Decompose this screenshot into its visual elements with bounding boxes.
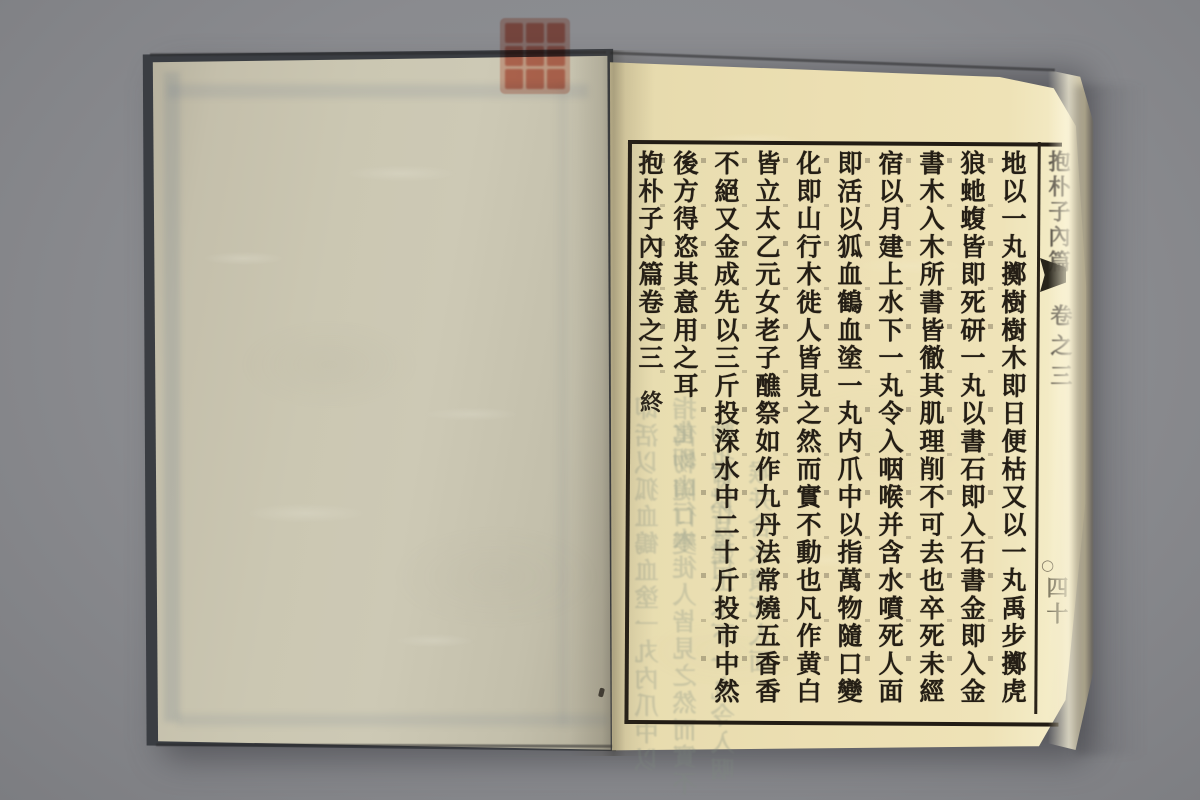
gutter-shadow bbox=[570, 50, 654, 756]
show-through-line bbox=[164, 72, 180, 722]
show-through-line bbox=[178, 714, 608, 726]
show-through-line bbox=[558, 86, 568, 726]
seal-glyph-block bbox=[505, 69, 523, 89]
text-column: 地以一丸擲樹樹木即日便枯又以一丸禹步擲虎 bbox=[992, 150, 1032, 706]
seal-glyph-block bbox=[547, 69, 565, 89]
text-column: 即活以狐血鶴血塗一丸内爪中以指萬物隨口變 bbox=[828, 150, 868, 706]
seal-glyph-block bbox=[526, 23, 544, 43]
paper-texture bbox=[138, 46, 616, 754]
text-column: 狼虵蝮皆即死研一丸以書石即入石書金即入金 bbox=[951, 150, 991, 706]
seal-glyph-block bbox=[526, 46, 544, 66]
left-blank-page bbox=[138, 46, 616, 754]
library-seal-watermark bbox=[500, 18, 570, 94]
seal-glyph-block bbox=[505, 46, 523, 66]
text-column: 宿以月建上水下一丸令入咽喉并含水噴死人面 bbox=[869, 150, 909, 706]
photo-stage: 即活以狐血鶴血塗一丸内爪中以指萬物隨口變 化即山行木徙人皆見之然而實不動也凡作黄… bbox=[0, 0, 1200, 800]
text-column: 後方得恣其意用之耳 bbox=[664, 150, 704, 400]
text-column: 皆立太乙元女老子醮祭如作九丹法常燒五香香 bbox=[746, 150, 786, 706]
seal-glyph-block bbox=[547, 46, 565, 66]
seal-glyph-block bbox=[547, 23, 565, 43]
text-column: 化即山行木徙人皆見之然而實不動也凡作黄白 bbox=[787, 150, 827, 706]
seal-glyph-block bbox=[505, 23, 523, 43]
text-column: 書木入木所書皆徹其肌理削不可去也卒死未經 bbox=[910, 150, 950, 706]
page-edge-shadow bbox=[1075, 85, 1145, 755]
seal-glyph-block bbox=[526, 69, 544, 89]
text-column: 不絕又金成先以三斤投深水中二十斤投市中然 bbox=[705, 150, 745, 706]
